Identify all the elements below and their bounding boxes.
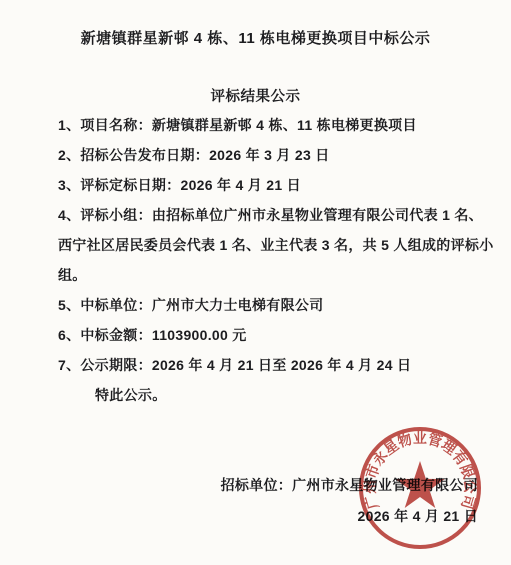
item-winning-bidder: 5、中标单位：广州市大力士电梯有限公司 (58, 290, 478, 320)
section-title: 评标结果公示 (0, 85, 511, 106)
item-evaluation-date: 3、评标定标日期：2026 年 4 月 21 日 (58, 170, 478, 200)
item-tender-notice-date: 2、招标公告发布日期：2026 年 3 月 23 日 (58, 140, 478, 170)
signature-block: 招标单位：广州市永星物业管理有限公司 2026 年 4 月 21 日 (221, 470, 478, 532)
item-project-name: 1、项目名称：新塘镇群星新邨 4 栋、11 栋电梯更换项目 (58, 110, 478, 140)
closing-statement: 特此公示。 (58, 380, 478, 410)
item-evaluation-panel-3: 组。 (58, 260, 478, 290)
announcement-body: 1、项目名称：新塘镇群星新邨 4 栋、11 栋电梯更换项目 2、招标公告发布日期… (58, 110, 478, 410)
signature-date: 2026 年 4 月 21 日 (221, 501, 478, 532)
item-publicity-period: 7、公示期限：2026 年 4 月 21 日至 2026 年 4 月 24 日 (58, 350, 478, 380)
bid-announcement-document: 新塘镇群星新邨 4 栋、11 栋电梯更换项目中标公示 评标结果公示 1、项目名称… (0, 0, 511, 565)
item-evaluation-panel-1: 4、评标小组：由招标单位广州市永星物业管理有限公司代表 1 名、 (58, 200, 478, 230)
tender-org-line: 招标单位：广州市永星物业管理有限公司 (221, 470, 478, 501)
item-evaluation-panel-2: 西宁社区居民委员会代表 1 名、业主代表 3 名，共 5 人组成的评标小 (58, 230, 478, 260)
item-winning-amount: 6、中标金额：1103900.00 元 (58, 320, 478, 350)
document-title: 新塘镇群星新邨 4 栋、11 栋电梯更换项目中标公示 (0, 27, 511, 48)
